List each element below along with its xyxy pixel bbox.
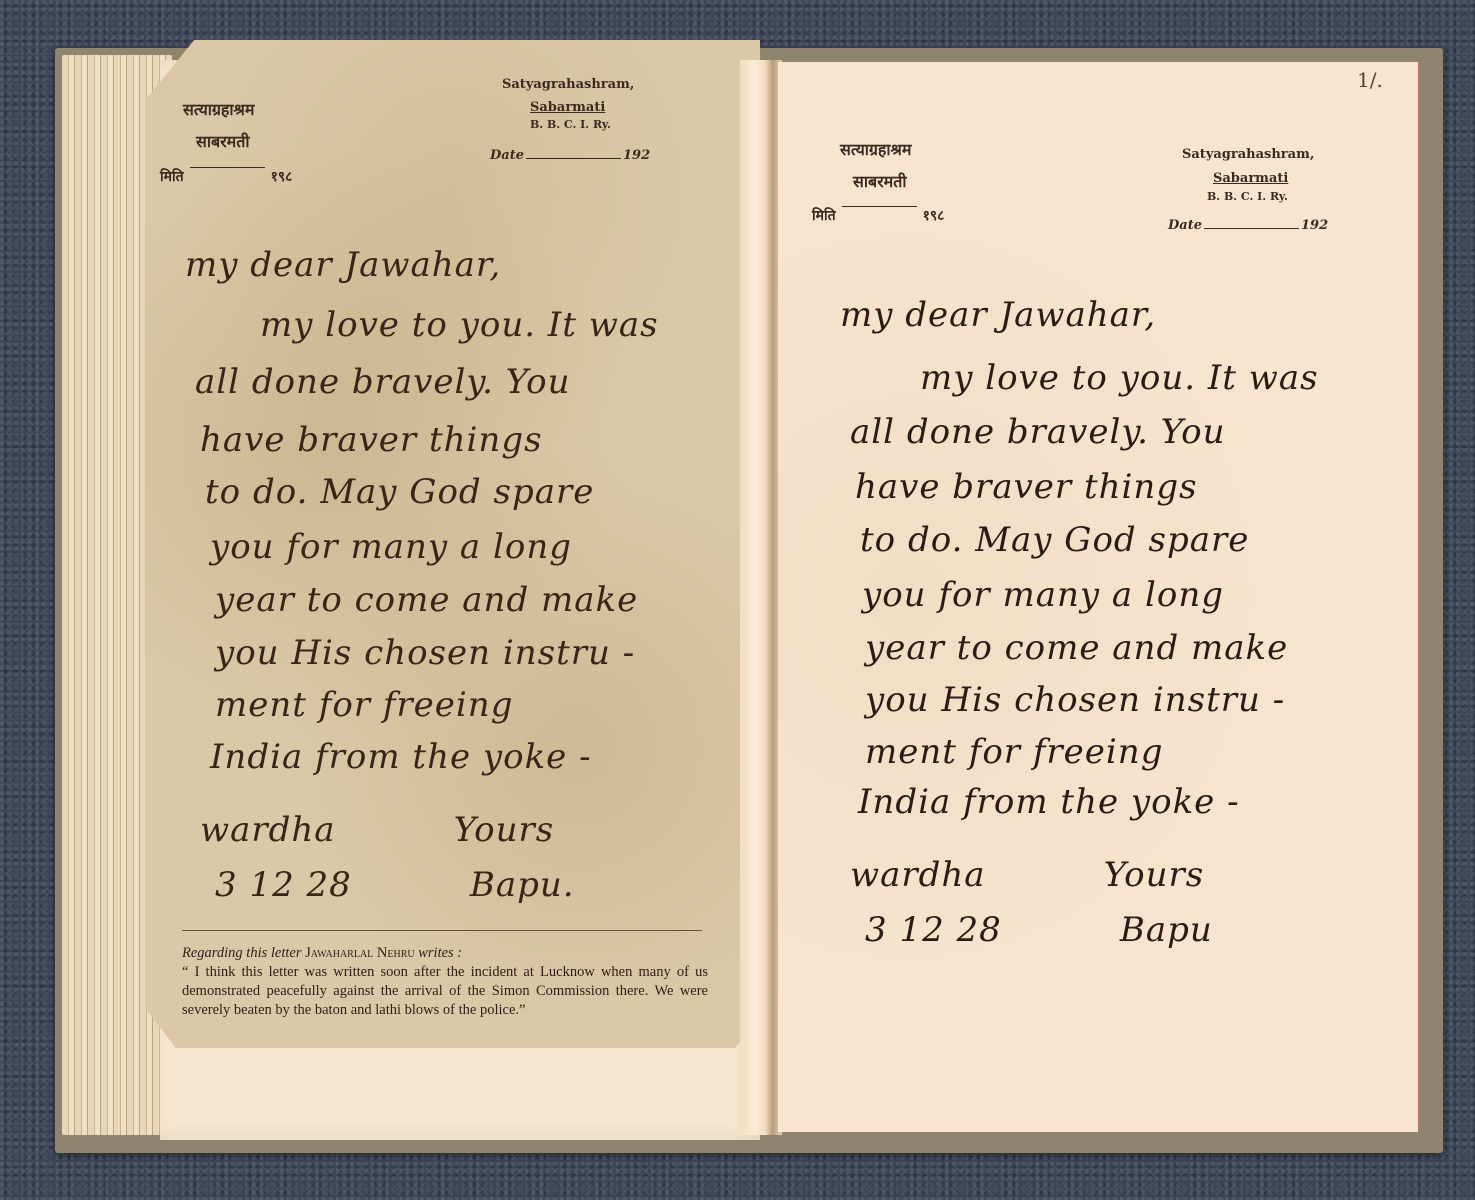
miti-year: १९८	[923, 208, 945, 224]
miti-label: मिति	[812, 208, 836, 224]
left-handwriting-line: year to come and make	[215, 580, 638, 620]
left-letterhead-railway: B. B. C. I. Ry.	[530, 118, 611, 131]
date-year: 192	[623, 148, 650, 163]
caption-author: Jawaharlal Nehru	[305, 945, 415, 961]
right-handwriting-line: my love to you. It was	[920, 358, 1319, 398]
left-handwriting-line: ment for freeing	[215, 685, 513, 725]
left-letterhead-sabarmati: Sabarmati	[530, 100, 605, 115]
left-handwriting-line: India from the yoke -	[210, 737, 592, 777]
miti-label: मिति	[160, 169, 184, 185]
right-letterhead-satyagrahashram: Satyagrahashram,	[1182, 147, 1314, 162]
left-letterhead-miti: मिति१९८	[160, 167, 292, 186]
right-handwriting-line: year to come and make	[865, 628, 1288, 668]
left-handwriting-date-signature: 3 12 28 Bapu.	[215, 865, 575, 905]
right-letterhead-hindi-ashram: सत्याग्रहाश्रम	[840, 138, 911, 160]
right-letterhead-date: Date192	[1168, 218, 1328, 233]
left-handwriting-line: all done bravely. You	[195, 362, 571, 402]
right-handwriting-date-signature: 3 12 28 Bapu	[865, 910, 1213, 950]
right-handwriting-line: have braver things	[855, 467, 1198, 507]
right-letterhead-railway: B. B. C. I. Ry.	[1207, 190, 1288, 203]
nehru-caption: Regarding this letter Jawaharlal Nehru w…	[182, 944, 708, 1020]
caption-intro: Regarding this letter	[182, 945, 301, 961]
right-handwriting-line: you for many a long	[862, 575, 1224, 615]
right-handwriting-line: to do. May God spare	[860, 520, 1249, 560]
left-letterhead-satyagrahashram: Satyagrahashram,	[502, 77, 634, 92]
left-handwriting-line: you His chosen instru -	[215, 633, 635, 673]
left-letterhead-hindi-sabarmati: साबरमती	[196, 130, 249, 152]
left-handwriting-line: my dear Jawahar,	[185, 245, 501, 285]
left-handwriting-line: to do. May God spare	[205, 472, 594, 512]
page-marker: 1/.	[1357, 68, 1383, 92]
right-handwriting-line: you His chosen instru -	[865, 680, 1285, 720]
date-year: 192	[1301, 218, 1328, 233]
right-letterhead-miti: मिति१९८	[812, 206, 944, 225]
right-handwriting-line: ment for freeing	[865, 732, 1163, 772]
left-handwriting-line: you for many a long	[210, 527, 572, 567]
left-handwriting-line: have braver things	[200, 420, 543, 460]
right-letterhead-hindi-sabarmati: साबरमती	[853, 170, 906, 192]
right-handwriting-line: my dear Jawahar,	[840, 295, 1156, 335]
left-handwriting-place-closing: wardha Yours	[200, 810, 554, 850]
book-gutter	[740, 60, 782, 1135]
left-handwriting-line: my love to you. It was	[260, 305, 659, 345]
date-label: Date	[1168, 218, 1202, 233]
right-handwriting-line: all done bravely. You	[850, 412, 1226, 452]
date-label: Date	[490, 148, 524, 163]
right-letterhead-sabarmati: Sabarmati	[1213, 171, 1288, 186]
miti-year: १९८	[271, 169, 293, 185]
caption-verb: writes :	[418, 945, 462, 961]
caption-quote: “ I think this letter was written soon a…	[182, 964, 708, 1018]
left-letterhead-date: Date192	[490, 148, 650, 163]
right-handwriting-line: India from the yoke -	[858, 782, 1240, 822]
caption-divider	[182, 930, 702, 931]
left-letterhead-hindi-ashram: सत्याग्रहाश्रम	[183, 98, 254, 120]
right-handwriting-place-closing: wardha Yours	[850, 855, 1204, 895]
